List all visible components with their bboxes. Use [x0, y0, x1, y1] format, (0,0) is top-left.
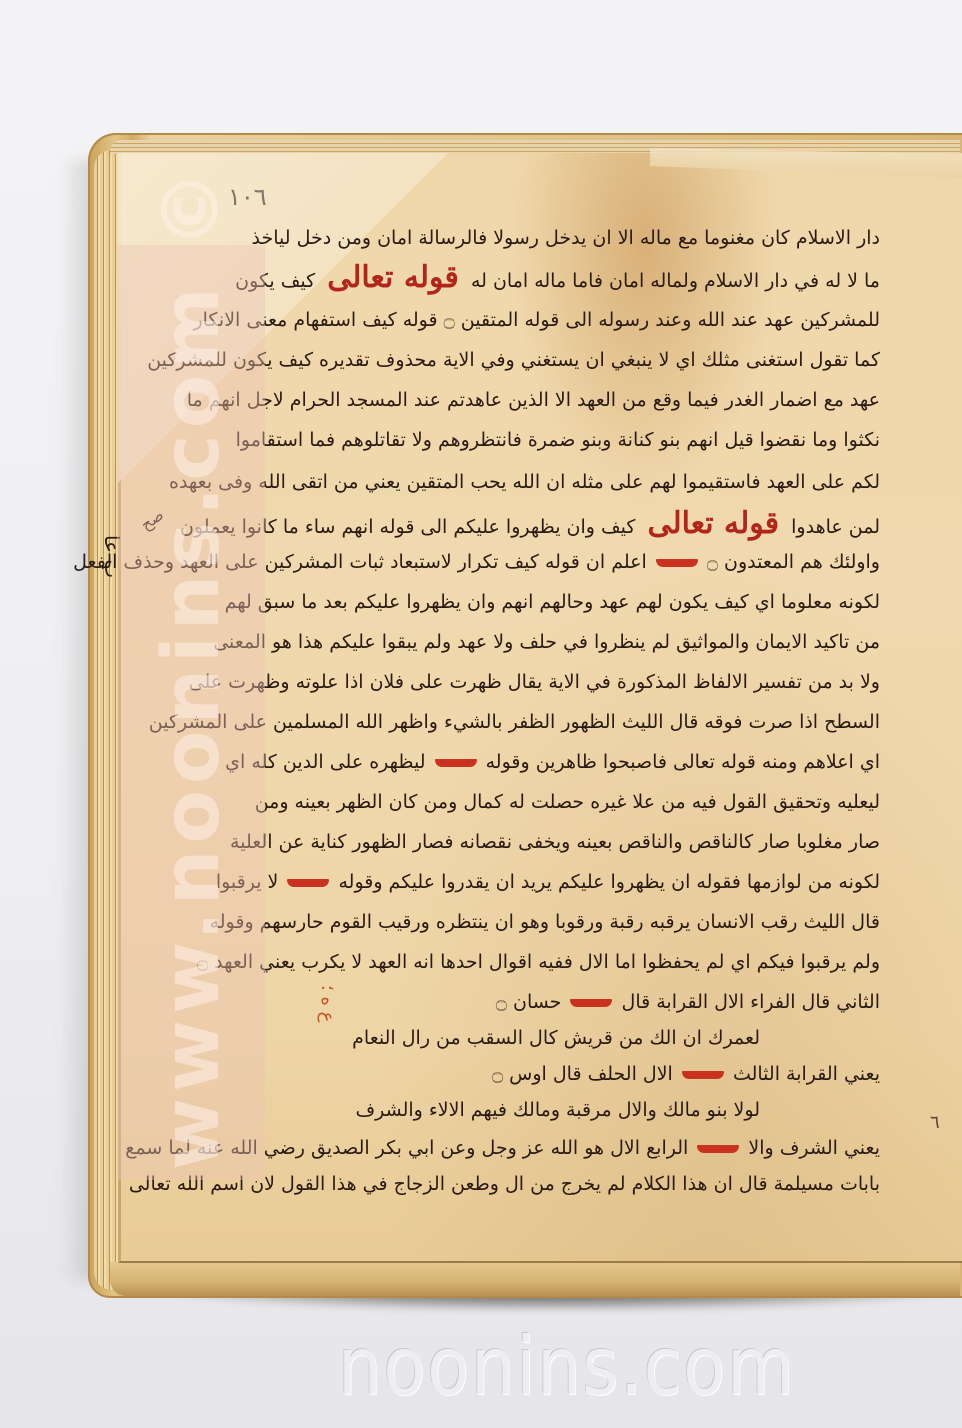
line-text: الال الحلف قال اوس ۝ — [492, 1063, 673, 1085]
margin-mark: ٦ — [930, 1112, 940, 1133]
rubric-heading: قوله تعالى — [647, 506, 779, 541]
text-line: الثاني قال الفراء الال القرابة قال حسان … — [496, 982, 880, 1022]
line-text: واولئك هم المعتدون ۝ — [707, 551, 880, 573]
rubric-heading: قوله تعالى — [327, 260, 459, 295]
text-line: ولم يرقبوا فيكم اي لم يحفظوا اما الال فف… — [197, 942, 880, 982]
red-overline-mark — [287, 879, 329, 887]
text-line: للمشركين عهد عند الله وعند رسوله الى قول… — [193, 300, 880, 340]
text-line: دار الاسلام كان مغنوما مع ماله الا ان يد… — [252, 218, 880, 258]
verse-line: لولا بنو مالك والال مرقبة ومالك فيهم الا… — [355, 1090, 760, 1130]
watermark-bottom-text: noonins.com — [338, 1320, 796, 1413]
text-line: لكم على العهد فاستقيموا لهم على مثله ان … — [169, 462, 880, 502]
watermark-vertical-text: www.noonins.com © — [118, 220, 266, 1170]
text-line: صار مغلوبا صار كالناقص والناقص بعينه ويخ… — [230, 822, 880, 862]
text-line: يعني القرابة الثالث الال الحلف قال اوس ۝ — [492, 1054, 880, 1094]
line-text: لمن عاهدوا — [791, 516, 880, 538]
text-line: لكونه من لوازمها فقوله ان يظهروا عليكم ي… — [216, 862, 880, 902]
verse-line: لعمرك ان الك من قريش كال السقب من رال ال… — [352, 1018, 760, 1058]
text-line: عهد مع اضمار الغدر فيما وقع من العهد الا… — [187, 380, 880, 420]
red-overline-mark — [435, 759, 477, 767]
text-line: ولا بد من تفسير الالفاظ المذكورة في الاي… — [189, 662, 880, 702]
line-text: يعني الشرف والا — [748, 1137, 880, 1159]
photo-scene: ١٠٦ دار الاسلام كان مغنوما مع ماله الا ا… — [0, 0, 962, 1428]
red-overline-mark — [656, 559, 698, 567]
text-line: لمن عاهدوا قوله تعالى كيف وان يظهروا علي… — [180, 504, 880, 544]
text-line: ليعليه وتحقيق القول فيه من علا غيره حصلت… — [255, 782, 880, 822]
text-line: قال الليث رقب الانسان يرقبه رقبة ورقوبا … — [210, 902, 880, 942]
line-text: لكونه من لوازمها فقوله ان يظهروا عليكم ي… — [338, 871, 880, 893]
line-text: ما لا له في دار الاسلام ولماله امان فاما… — [471, 270, 880, 292]
text-line: اي اعلاهم ومنه قوله تعالى فاصبحوا ظاهرين… — [225, 742, 880, 782]
text-line: ما لا له في دار الاسلام ولماله امان فاما… — [235, 258, 880, 298]
line-text: حسان — [513, 991, 561, 1013]
text-line: نكثوا وما نقضوا قيل انهم بنو كنانة وبنو … — [236, 420, 880, 460]
line-text: ۝ — [496, 991, 507, 1013]
red-overline-mark — [570, 999, 612, 1007]
red-overline-mark — [697, 1145, 739, 1153]
line-text: الثاني قال الفراء الال القرابة قال — [622, 991, 880, 1013]
margin-red-marks: ع ه ؛ — [322, 985, 336, 1022]
line-text: يعني القرابة الثالث — [733, 1063, 880, 1085]
red-overline-mark — [682, 1071, 724, 1079]
line-text: اعلم — [611, 551, 647, 573]
line-text: اي اعلاهم ومنه قوله تعالى فاصبحوا ظاهرين… — [486, 751, 880, 773]
page-stack-bottom-edge — [110, 1262, 960, 1296]
text-line: لكونه معلوما اي كيف يكون لهم عهد وحالهم … — [225, 582, 880, 622]
text-line: من تاكيد الايمان والمواثيق لم ينظروا في … — [213, 622, 880, 662]
